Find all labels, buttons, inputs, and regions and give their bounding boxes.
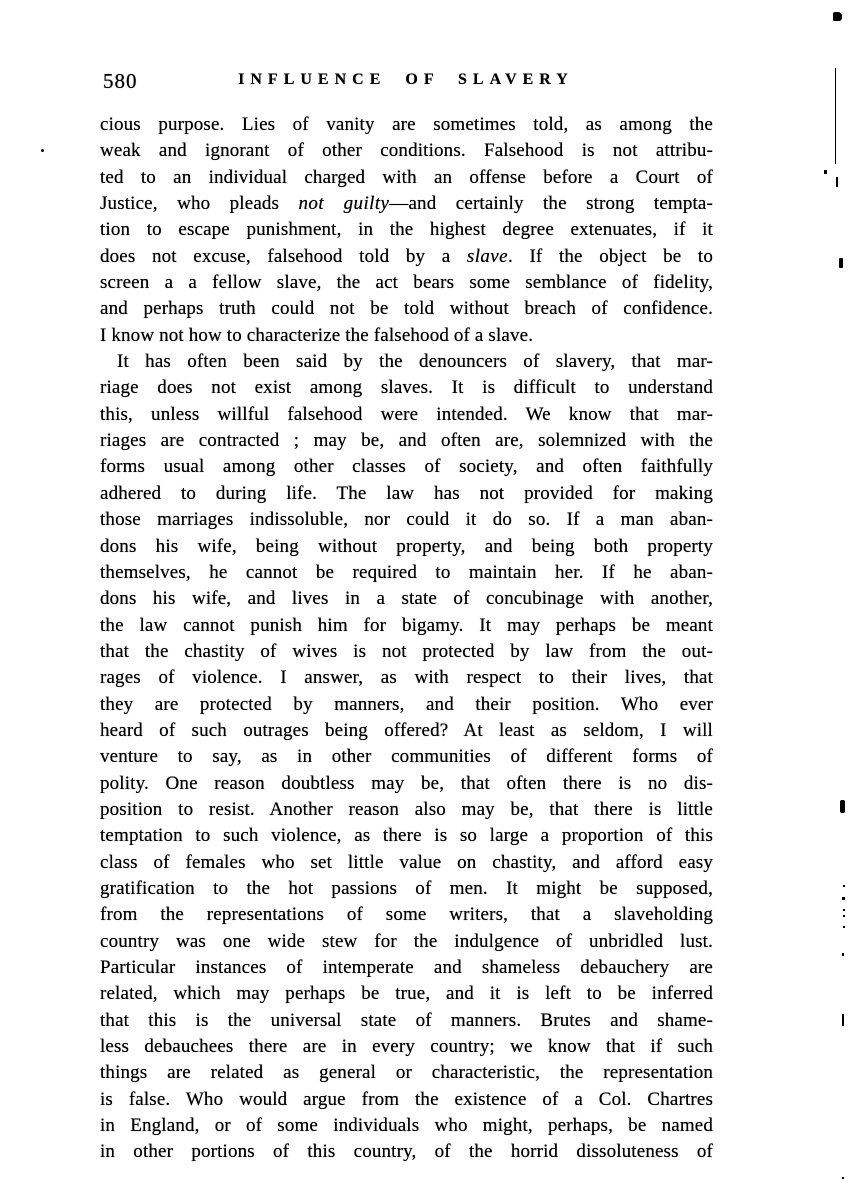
text-line: gratification to the hot passions of men… — [100, 876, 713, 902]
text-line: does not excuse, falsehood told by a sla… — [100, 244, 713, 270]
text-line: this, unless willful falsehood were inte… — [100, 402, 713, 428]
scan-artifact — [843, 909, 845, 911]
text-line: that the chastity of wives is not protec… — [100, 639, 713, 665]
text-line: country was one wide stew for the indulg… — [100, 929, 713, 955]
scan-artifact — [836, 177, 838, 187]
text-line: temptation to such violence, as there is… — [100, 823, 713, 849]
text-block: cious purpose. Lies of vanity are someti… — [100, 112, 713, 1166]
text-line: themselves, he cannot be required to mai… — [100, 560, 713, 586]
scan-artifact — [833, 12, 842, 21]
running-header: 580 INFLUENCE OF SLAVERY — [100, 68, 712, 94]
text-line: dons his wife, being without property, a… — [100, 534, 713, 560]
text-line: screen a a fellow slave, the act bears s… — [100, 270, 713, 296]
text-line: and perhaps truth could not be told with… — [100, 296, 713, 322]
scan-artifact — [835, 68, 836, 164]
text-line: riages are contracted ; may be, and ofte… — [100, 428, 713, 454]
text-line: in England, or of some individuals who m… — [100, 1113, 713, 1139]
text-line: weak and ignorant of other conditions. F… — [100, 138, 713, 164]
scan-artifact — [843, 915, 845, 917]
text-line: adhered to during life. The law has not … — [100, 481, 713, 507]
text-line: things are related as general or charact… — [100, 1060, 713, 1086]
text-line: dons his wife, and lives in a state of c… — [100, 586, 713, 612]
scan-artifact — [41, 149, 44, 152]
text-line: Particular instances of intemperate and … — [100, 955, 713, 981]
text-line: tion to escape punishment, in the highes… — [100, 217, 713, 243]
scan-artifact — [842, 953, 844, 956]
scan-artifact — [843, 926, 845, 928]
text-line: in other portions of this country, of th… — [100, 1139, 713, 1165]
text-line: It has often been said by the denouncers… — [100, 349, 713, 375]
text-line: less debauchees there are in every count… — [100, 1034, 713, 1060]
text-line: venture to say, as in other communities … — [100, 744, 713, 770]
text-line: ted to an individual charged with an off… — [100, 165, 713, 191]
text-line: class of females who set little value on… — [100, 850, 713, 876]
scan-artifact — [842, 897, 845, 900]
text-line: position to resist. Another reason also … — [100, 797, 713, 823]
scan-artifact — [843, 885, 845, 887]
text-line: that this is the universal state of mann… — [100, 1008, 713, 1034]
text-line: related, which may perhaps be true, and … — [100, 981, 713, 1007]
page-title: INFLUENCE OF SLAVERY — [100, 71, 712, 89]
text-line: cious purpose. Lies of vanity are someti… — [100, 112, 713, 138]
text-line: the law cannot punish him for bigamy. It… — [100, 613, 713, 639]
scan-artifact — [840, 800, 845, 813]
text-line: is false. Who would argue from the exist… — [100, 1087, 713, 1113]
scan-artifact — [824, 170, 827, 174]
text-line: rages of violence. I answer, as with res… — [100, 665, 713, 691]
text-line: Justice, who pleads not guilty—and certa… — [100, 191, 713, 217]
book-page: 580 INFLUENCE OF SLAVERY cious purpose. … — [0, 0, 850, 1200]
text-line: those marriages indissoluble, nor could … — [100, 507, 713, 533]
text-line: heard of such outrages being offered? At… — [100, 718, 713, 744]
scan-artifact — [842, 1177, 844, 1179]
scan-artifact — [842, 1014, 844, 1026]
text-line: polity. One reason doubtless may be, tha… — [100, 771, 713, 797]
text-line: from the representations of some writers… — [100, 902, 713, 928]
text-line: riage does not exist among slaves. It is… — [100, 375, 713, 401]
text-line: they are protected by manners, and their… — [100, 692, 713, 718]
text-line: I know not how to characterize the false… — [100, 323, 713, 349]
text-line: forms usual among other classes of socie… — [100, 454, 713, 480]
scan-artifact — [839, 258, 843, 268]
